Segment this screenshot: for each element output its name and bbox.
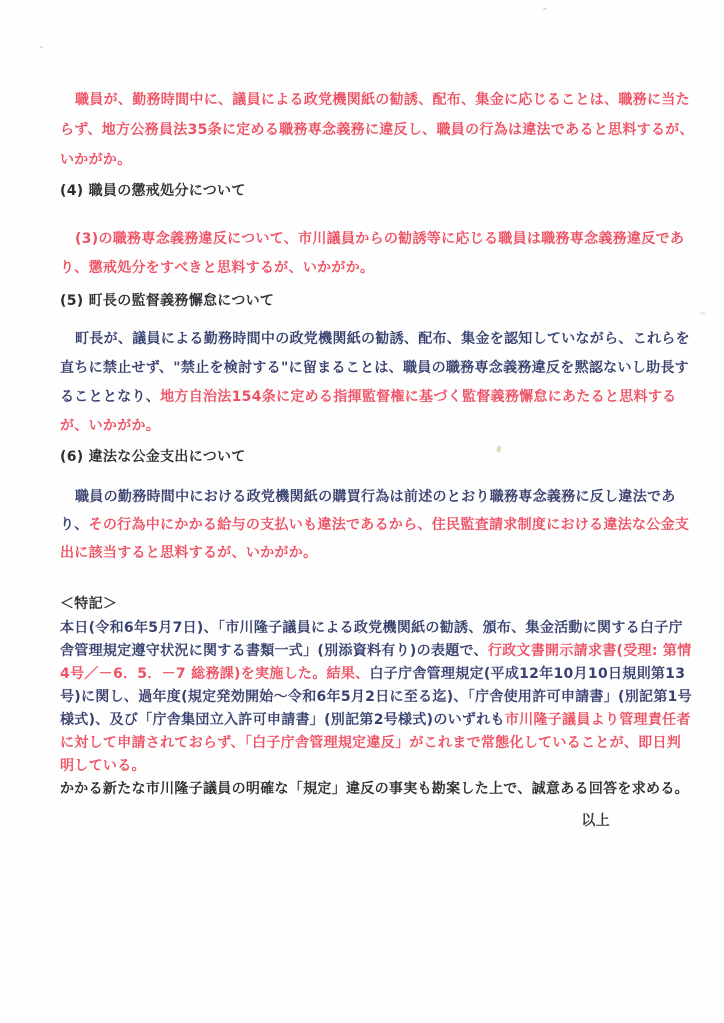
tokki-paragraph: 本日(令和6年5月7日)、「市川隆子議員による政党機関紙の勧誘、頒布、集金活動に… <box>60 617 695 778</box>
section-6-heading: (6) 違法な公金支出について <box>60 447 695 467</box>
section-4-paragraph: (3)の職務専念義務違反について、市川議員からの勧誘等に応じる職員は職務専念義務… <box>60 225 695 283</box>
document-body: 職員が、勤務時間中に、議員による政党機関紙の勧誘、配布、集金に応じることは、職務… <box>0 0 724 831</box>
scan-artifact <box>114 99 116 102</box>
scan-artifact <box>40 46 43 48</box>
sign-off: 以上 <box>60 811 695 831</box>
section-5-heading: (5) 町長の監督義務懈怠について <box>60 291 695 311</box>
tokki-heading: ＜特記＞ <box>60 594 695 614</box>
section-6-text-red: その行為中にかかる給与の支払いも違法であるから、住民監査請求制度における違法な公… <box>60 517 689 561</box>
scan-artifact <box>700 312 706 315</box>
section-5-paragraph: 町長が、議員による勤務時間中の政党機関紙の勧誘、配布、集金を認知していながら、こ… <box>60 325 695 441</box>
scan-artifact <box>543 8 547 10</box>
section-4-heading: (4) 職員の懲戒処分について <box>60 181 695 201</box>
scanned-document-page: 職員が、勤務時間中に、議員による政党機関紙の勧誘、配布、集金に応じることは、職務… <box>0 0 724 1023</box>
section-6-paragraph: 職員の勤務時間中における政党機関紙の購買行為は前述のとおり職務専念義務に反し違法… <box>60 483 695 567</box>
paragraph-duty-violation: 職員が、勤務時間中に、議員による政党機関紙の勧誘、配布、集金に応じることは、職務… <box>60 85 695 175</box>
closing-request-line: かかる新たな市川隆子議員の明確な「規定」違反の事実も勘案した上で、誠意ある回答を… <box>60 778 695 801</box>
